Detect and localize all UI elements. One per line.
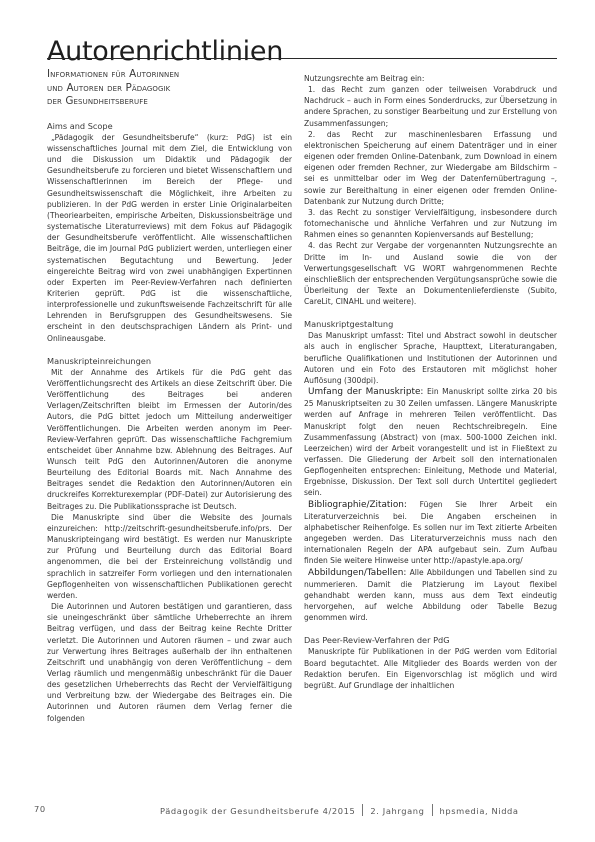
main-heading-line: und Autoren der Pädagogik (47, 82, 292, 96)
divider (432, 804, 433, 816)
title-rule (47, 58, 557, 59)
main-heading-line: Informationen für Autorinnen (47, 68, 292, 82)
footer-citation: Pädagogik der Gesundheitsberufe 4/20152.… (160, 804, 519, 816)
page-footer: 70 Pädagogik der Gesundheitsberufe 4/201… (0, 804, 595, 818)
paragraph-scope: Umfang der Manuskripte: Ein Manuskript s… (304, 386, 557, 499)
paragraph-text: Ein Manuskript sollte zirka 20 bis 25 Ma… (304, 387, 557, 497)
main-heading: Informationen für Autorinnen und Autoren… (47, 68, 292, 109)
journal-name: Pädagogik der Gesundheitsberufe 4/2015 (160, 806, 355, 816)
paragraph: „Pädagogik der Gesundheitsberufe“ (kurz:… (47, 132, 292, 344)
right-column: Nutzungsrechte am Beitrag ein: 1. das Re… (304, 73, 557, 691)
paragraph: Mit der Annahme des Artikels für die PdG… (47, 367, 292, 512)
page-title: Autorenrichtlinien (47, 36, 283, 67)
rights-item: 1. das Recht zum ganzen oder teilweisen … (304, 84, 557, 129)
rights-item: 2. das Recht zur maschinenlesbaren Erfas… (304, 129, 557, 207)
rights-intro: Nutzungsrechte am Beitrag ein: (304, 73, 557, 84)
section-heading-layout: Manuskriptgestaltung (304, 318, 557, 330)
rights-item: 3. das Recht zu sonstiger Vervielfältigu… (304, 207, 557, 240)
section-heading-aims: Aims and Scope (47, 120, 292, 132)
section-heading-review: Das Peer-Review-Verfahren der PdG (304, 634, 557, 646)
paragraph-citation: Bibliographie/Zitation: Fügen Sie Ihrer … (304, 499, 557, 567)
runin-heading: Bibliographie/Zitation: (308, 500, 407, 510)
paragraph-figures: Abbildungen/Tabellen: Alle Abbildungen u… (304, 567, 557, 624)
runin-heading: Abbildungen/Tabellen: (308, 568, 406, 578)
divider (362, 804, 363, 816)
volume: 2. Jahrgang (370, 806, 424, 816)
left-column: Informationen für Autorinnen und Autoren… (47, 68, 292, 724)
publisher: hpsmedia, Nidda (440, 806, 519, 816)
paragraph: Die Manuskripte sind über die Website de… (47, 512, 292, 601)
runin-heading: Umfang der Manuskripte: (308, 387, 423, 397)
page-number: 70 (34, 804, 46, 814)
paragraph: Das Manuskript umfasst: Titel und Abstra… (304, 330, 557, 386)
section-heading-submission: Manuskripteinreichungen (47, 355, 292, 367)
rights-item: 4. das Recht zur Vergabe der vorgenannte… (304, 240, 557, 307)
paragraph: Manuskripte für Publikationen in der PdG… (304, 646, 557, 691)
main-heading-line: der Gesundheitsberufe (47, 95, 292, 109)
paragraph: Die Autorinnen und Autoren bestätigen un… (47, 601, 292, 724)
